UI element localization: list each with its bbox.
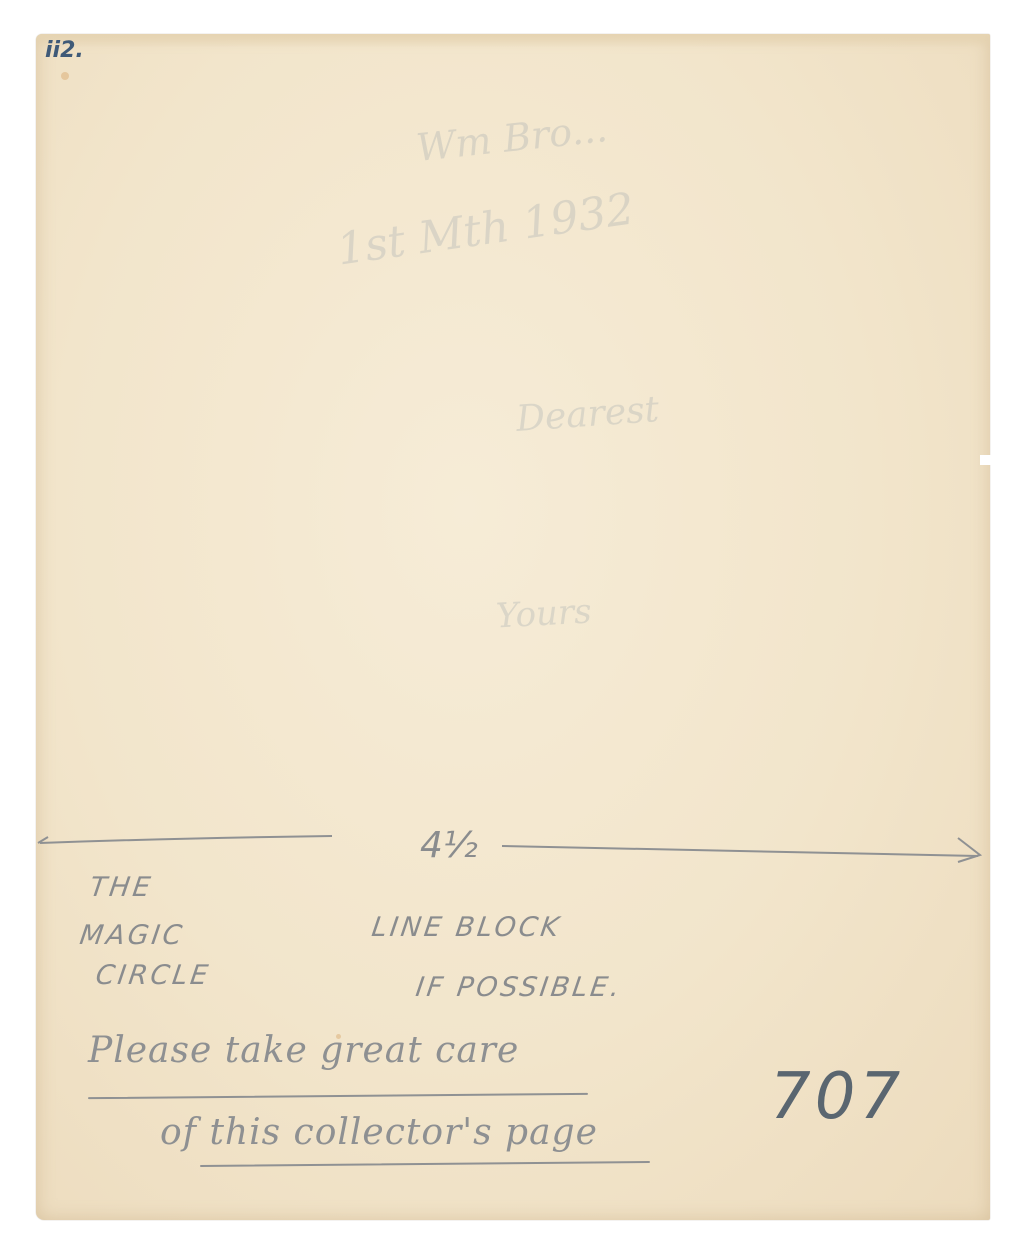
measurement-label: 4½ [420,825,478,866]
note-circle: CIRCLE [94,960,213,991]
note-magic: MAGIC [78,920,187,951]
instruction-line-2: of this collector's page [160,1112,598,1153]
note-line-block: LINE BLOCK [370,912,564,943]
instruction-line-1: Please take great care [88,1030,519,1071]
note-the: THE [88,872,155,903]
note-if-possible: IF POSSIBLE. [414,972,624,1003]
page-number: 707 [770,1060,904,1134]
